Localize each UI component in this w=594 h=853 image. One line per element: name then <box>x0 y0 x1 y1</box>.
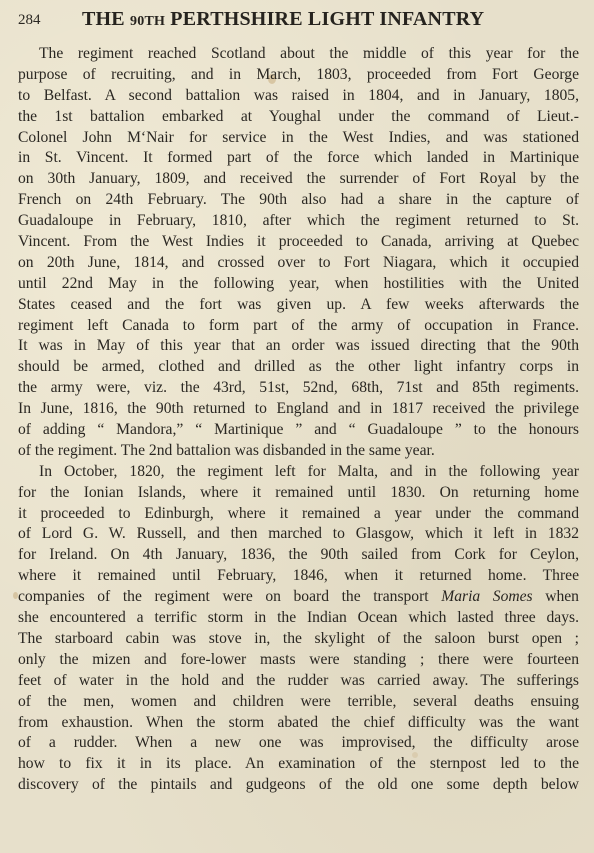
page-number: 284 <box>18 12 41 29</box>
text-line: should be armed, clothed and drilled as … <box>18 357 579 378</box>
paragraph: In October, 1820, the regiment left for … <box>18 462 579 796</box>
title-ordinal-suffix: TH <box>144 14 165 29</box>
text-line: on 30th January, 1809, and received the … <box>18 169 579 190</box>
text-line: of adding “ Mandora,” “ Martinique ” and… <box>18 420 579 441</box>
text-line: The starboard cabin was stove in, the sk… <box>18 629 579 650</box>
text-line: discovery of the pintails and gudgeons o… <box>18 775 579 796</box>
text-line-part: when <box>533 588 579 605</box>
text-line: in St. Vincent. It formed part of the fo… <box>18 148 579 169</box>
text-line: purpose of recruiting, and in March, 180… <box>18 65 579 86</box>
text-line: to Belfast. A second battalion was raise… <box>18 86 579 107</box>
text-line: the army were, viz. the 43rd, 51st, 52nd… <box>18 378 579 399</box>
running-title: THE 90TH PERTHSHIRE LIGHT INFANTRY <box>82 8 484 31</box>
book-page: 284 THE 90TH PERTHSHIRE LIGHT INFANTRY T… <box>0 0 594 853</box>
text-line: feet of water in the hold and the rudder… <box>18 671 579 692</box>
text-line: from exhaustion. When the storm abated t… <box>18 713 579 734</box>
text-line: it proceeded to Edinburgh, where it rema… <box>18 504 579 525</box>
text-line: Colonel John M‘Nair for service in the W… <box>18 128 579 149</box>
text-line: until 22nd May in the following year, wh… <box>18 274 579 295</box>
text-line: on 20th June, 1814, and crossed over to … <box>18 253 579 274</box>
text-line: regiment left Canada to form part of the… <box>18 316 579 337</box>
text-line: Vincent. From the West Indies it proceed… <box>18 232 579 253</box>
text-line: of a rudder. When a new one was improvis… <box>18 733 579 754</box>
text-line: of the men, women and children were terr… <box>18 692 579 713</box>
text-line: for Ireland. On 4th January, 1836, the 9… <box>18 545 579 566</box>
text-line: of the regiment. The 2nd battalion was d… <box>18 441 579 462</box>
text-line: how to fix it in its place. An examinati… <box>18 754 579 775</box>
paragraph: The regiment reached Scotland about the … <box>18 44 579 462</box>
title-part: THE <box>82 8 130 30</box>
ship-name: Maria Somes <box>441 588 532 605</box>
text-line-with-ship-name: companies of the regiment were on board … <box>18 587 579 608</box>
running-head: 284 THE 90TH PERTHSHIRE LIGHT INFANTRY <box>18 8 578 34</box>
text-line: where it remained until February, 1846, … <box>18 566 579 587</box>
text-line: Guadaloupe in February, 1810, after whic… <box>18 211 579 232</box>
text-line: only the mizen and fore-lower masts were… <box>18 650 579 671</box>
body-text: The regiment reached Scotland about the … <box>18 44 579 796</box>
text-line: States ceased and the fort was given up.… <box>18 295 579 316</box>
text-line: It was in May of this year that an order… <box>18 336 579 357</box>
title-part: PERTHSHIRE LIGHT INFANTRY <box>165 8 484 30</box>
text-line: French on 24th February. The 90th also h… <box>18 190 579 211</box>
text-line: of Lord G. W. Russell, and then marched … <box>18 524 579 545</box>
title-ordinal-number: 90 <box>130 14 144 29</box>
text-line: she encountered a terrific storm in the … <box>18 608 579 629</box>
text-line: the 1st battalion embarked at Youghal un… <box>18 107 579 128</box>
text-line: In October, 1820, the regiment left for … <box>18 462 579 483</box>
text-line-part: companies of the regiment were on board … <box>18 588 441 605</box>
text-line: In June, 1816, the 90th returned to Engl… <box>18 399 579 420</box>
text-line: for the Ionian Islands, where it remaine… <box>18 483 579 504</box>
text-line: The regiment reached Scotland about the … <box>18 44 579 65</box>
